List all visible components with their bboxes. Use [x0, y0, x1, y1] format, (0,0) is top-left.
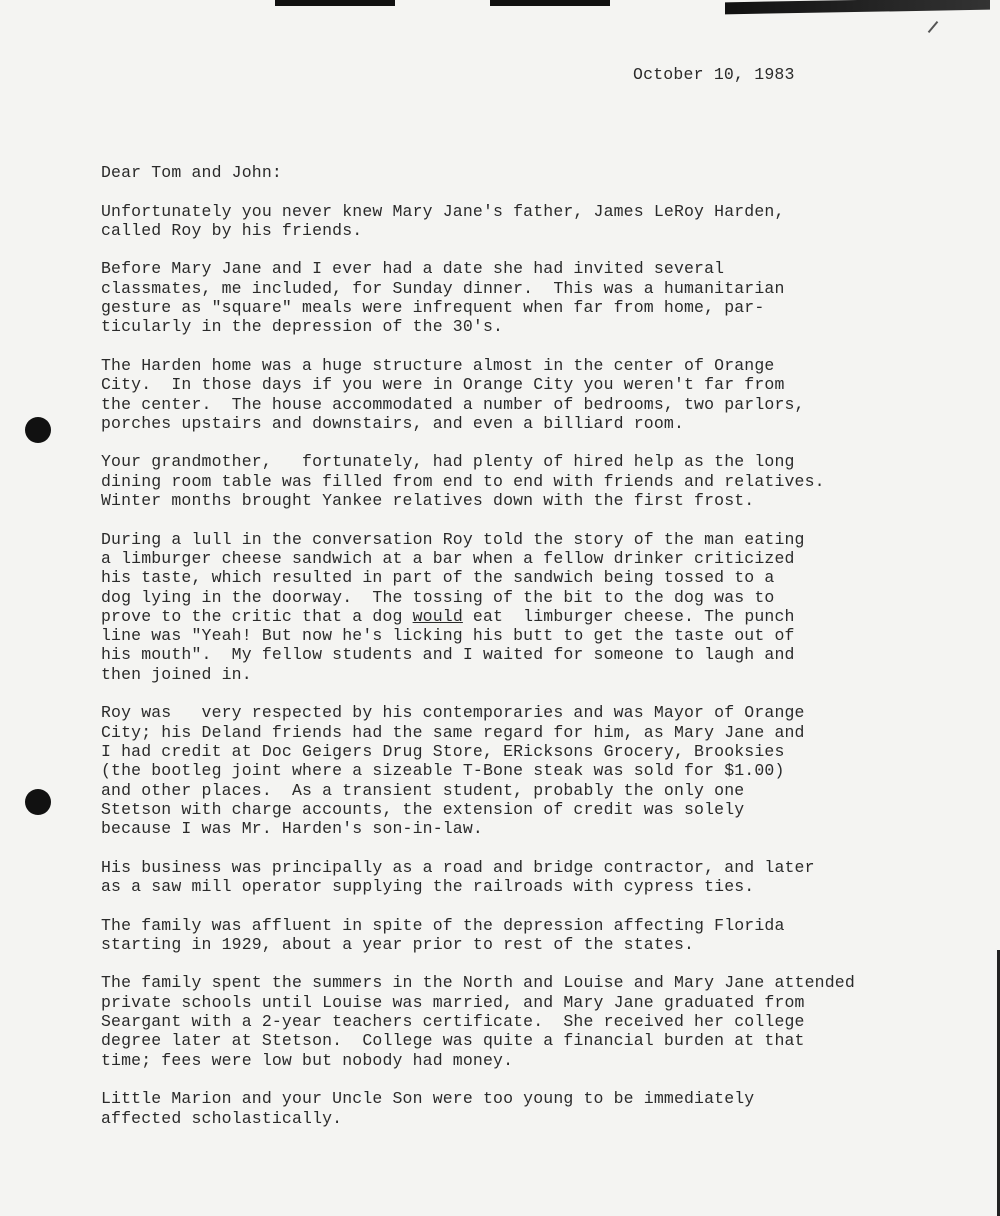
- paragraph: Unfortunately you never knew Mary Jane's…: [101, 202, 981, 241]
- salutation: Dear Tom and John:: [101, 163, 981, 182]
- punch-hole: [25, 789, 51, 815]
- text-line: City; his Deland friends had the same re…: [101, 723, 981, 742]
- text-line: porches upstairs and downstairs, and eve…: [101, 414, 981, 433]
- paragraph: His business was principally as a road a…: [101, 858, 981, 897]
- text-line: Seargant with a 2-year teachers certific…: [101, 1012, 981, 1031]
- scan-artifact-tab: [490, 0, 610, 6]
- text-line: I had credit at Doc Geigers Drug Store, …: [101, 742, 981, 761]
- text-line: private schools until Louise was married…: [101, 993, 981, 1012]
- paragraph: The Harden home was a huge structure alm…: [101, 356, 981, 433]
- text-line: a limburger cheese sandwich at a bar whe…: [101, 549, 981, 568]
- underlined-word: would: [413, 607, 463, 626]
- text-line: and other places. As a transient student…: [101, 781, 981, 800]
- paragraph: Your grandmother, fortunately, had plent…: [101, 452, 981, 510]
- text-line: starting in 1929, about a year prior to …: [101, 935, 981, 954]
- paragraph: Before Mary Jane and I ever had a date s…: [101, 259, 981, 336]
- text-line: dining room table was filled from end to…: [101, 472, 981, 491]
- text-line: his mouth". My fellow students and I wai…: [101, 645, 981, 664]
- text-line: Little Marion and your Uncle Son were to…: [101, 1089, 981, 1108]
- text-line: line was "Yeah! But now he's licking his…: [101, 626, 981, 645]
- text-line: Before Mary Jane and I ever had a date s…: [101, 259, 981, 278]
- text-line: During a lull in the conversation Roy to…: [101, 530, 981, 549]
- paragraphs: Unfortunately you never knew Mary Jane's…: [101, 202, 981, 1128]
- text-line: then joined in.: [101, 665, 981, 684]
- text-line: affected scholastically.: [101, 1109, 981, 1128]
- text-line: his taste, which resulted in part of the…: [101, 568, 981, 587]
- text-line: Winter months brought Yankee relatives d…: [101, 491, 981, 510]
- paragraph: Little Marion and your Uncle Son were to…: [101, 1089, 981, 1128]
- text-line: His business was principally as a road a…: [101, 858, 981, 877]
- scan-artifact-tab: [275, 0, 395, 6]
- paragraph: The family was affluent in spite of the …: [101, 916, 981, 955]
- text-line: ticularly in the depression of the 30's.: [101, 317, 981, 336]
- text-line: The family was affluent in spite of the …: [101, 916, 981, 935]
- paragraph: The family spent the summers in the Nort…: [101, 973, 981, 1069]
- punch-hole: [25, 417, 51, 443]
- text-line: the center. The house accommodated a num…: [101, 395, 981, 414]
- paragraph: Roy was very respected by his contempora…: [101, 703, 981, 838]
- text-line: Stetson with charge accounts, the extens…: [101, 800, 981, 819]
- text-line: City. In those days if you were in Orang…: [101, 375, 981, 394]
- text-line: degree later at Stetson. College was qui…: [101, 1031, 981, 1050]
- text-line: classmates, me included, for Sunday dinn…: [101, 279, 981, 298]
- paragraph: During a lull in the conversation Roy to…: [101, 530, 981, 684]
- text-line: called Roy by his friends.: [101, 221, 981, 240]
- letter-date: October 10, 1983: [633, 65, 795, 84]
- text-line: because I was Mr. Harden's son-in-law.: [101, 819, 981, 838]
- text-line: (the bootleg joint where a sizeable T-Bo…: [101, 761, 981, 780]
- scan-artifact-tab: [725, 0, 990, 14]
- text-line: Roy was very respected by his contempora…: [101, 703, 981, 722]
- text-line: time; fees were low but nobody had money…: [101, 1051, 981, 1070]
- text-line: gesture as "square" meals were infrequen…: [101, 298, 981, 317]
- text-line: Your grandmother, fortunately, had plent…: [101, 452, 981, 471]
- letter-body: Dear Tom and John: Unfortunately you nev…: [101, 163, 981, 1147]
- text-line: prove to the critic that a dog would eat…: [101, 607, 981, 626]
- text-line: Unfortunately you never knew Mary Jane's…: [101, 202, 981, 221]
- text-line: as a saw mill operator supplying the rai…: [101, 877, 981, 896]
- text-line: dog lying in the doorway. The tossing of…: [101, 588, 981, 607]
- text-line: The Harden home was a huge structure alm…: [101, 356, 981, 375]
- text-line: The family spent the summers in the Nort…: [101, 973, 981, 992]
- scan-artifact-mark: [928, 21, 939, 33]
